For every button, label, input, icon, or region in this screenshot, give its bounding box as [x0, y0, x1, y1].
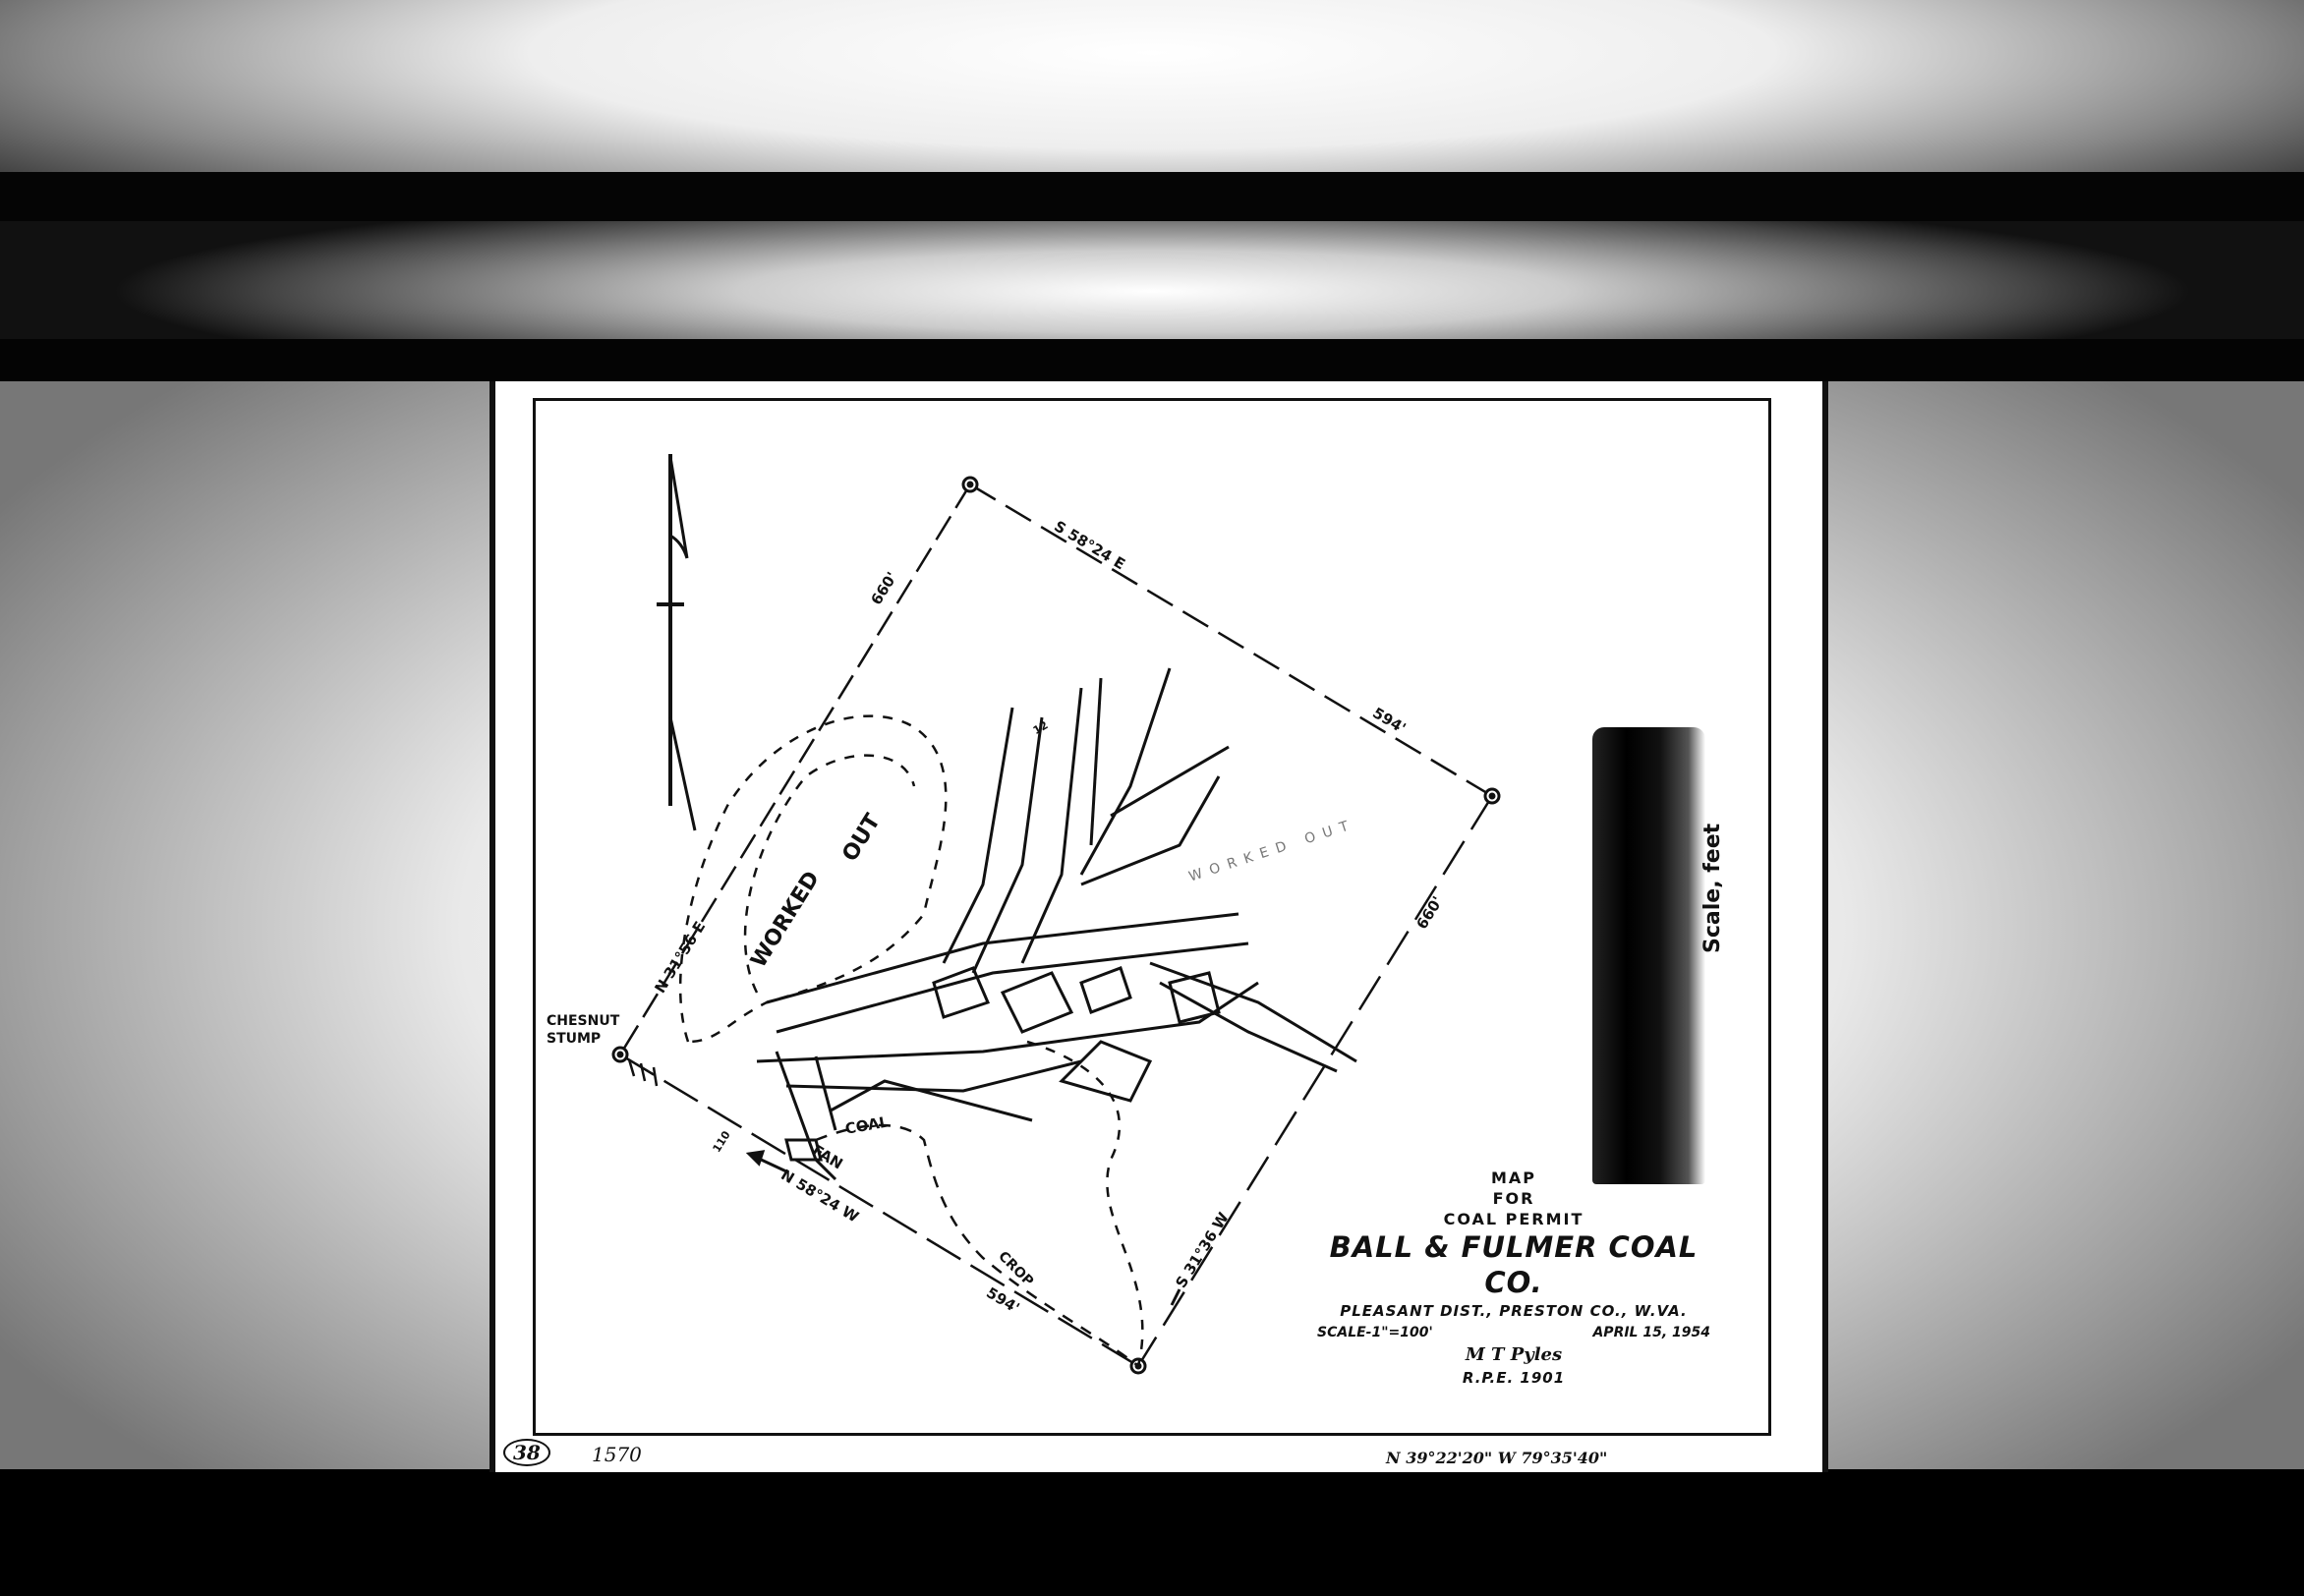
- date-text: APRIL 15, 1954: [1592, 1322, 1710, 1343]
- sheet-number-circle: 38: [503, 1439, 550, 1466]
- title-block: MAP FOR COAL PERMIT BALL & FULMER COAL C…: [1317, 1168, 1710, 1389]
- reference-number: 1570: [592, 1443, 642, 1466]
- map-drawing: [0, 0, 2304, 1596]
- mine-workings: [757, 668, 1356, 1179]
- title-line-permit: COAL PERMIT: [1317, 1209, 1710, 1229]
- sheet-number: 38: [503, 1441, 550, 1464]
- scale-text: SCALE-1"=100': [1317, 1322, 1433, 1343]
- title-line-map: MAP: [1317, 1168, 1710, 1188]
- registration: R.P.E. 1901: [1317, 1367, 1710, 1389]
- worked-out-area: [680, 716, 1142, 1366]
- scale-bar-label: Scale, feet: [1700, 824, 1725, 953]
- company-name: BALL & FULMER COAL CO.: [1317, 1229, 1710, 1300]
- chesnut-stump-label: CHESNUT STUMP: [547, 1012, 615, 1048]
- signature: M T Pyles: [1317, 1343, 1710, 1367]
- direction-arrows: [749, 1152, 1180, 1305]
- title-line-for: FOR: [1317, 1188, 1710, 1209]
- scale-bar: [1592, 727, 1705, 1184]
- north-arrow-icon: [657, 454, 695, 830]
- scale-date-row: SCALE-1"=100' APRIL 15, 1954: [1317, 1322, 1710, 1343]
- coordinates: N 39°22'20" W 79°35'40": [1386, 1449, 1607, 1467]
- location-line: PLEASANT DIST., PRESTON CO., W.VA.: [1317, 1300, 1710, 1322]
- coal-crop-line: [816, 1125, 1138, 1366]
